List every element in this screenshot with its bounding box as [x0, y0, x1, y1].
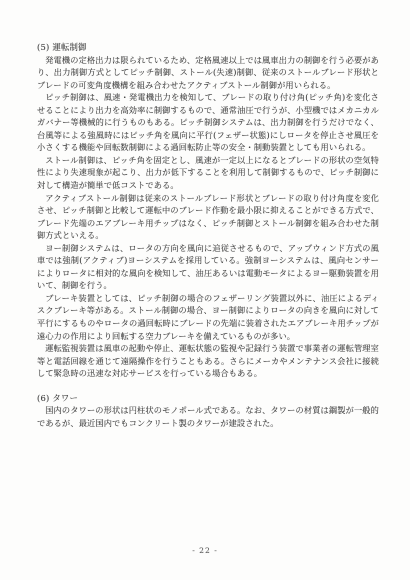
page-content: (5) 運転制御 発電機の定格出力は限られているため、定格風速以上では風車出力の…	[37, 41, 379, 429]
paragraph-brake-system: ブレーキ装置としては、ピッチ制御の場合のフェザーリング装置以外に、油圧によるディ…	[37, 292, 379, 342]
paragraph-stall-control: ストール制御は、ピッチ角を固定とし、風速が一定以上になるとブレードの形状の空気特…	[37, 154, 379, 192]
section-body: 国内のタワーの形状は円柱状のモノポール式である。なお、タワーの材質は鋼製が一般的…	[37, 404, 379, 429]
page-number: - 22 -	[0, 546, 410, 555]
section-tower: (6) タワー 国内のタワーの形状は円柱状のモノポール式である。なお、タワーの材…	[37, 392, 379, 430]
paragraph-active-stall-control: アクティブストール制御は従来のストールブレード形状とブレードの取り付け角度を変化…	[37, 192, 379, 242]
paragraph-yaw-control: ヨー制御システムは、ロータの方向を風向に追従させるもので、アップウィンド方式の風…	[37, 242, 379, 292]
paragraph-tower-shape: 国内のタワーの形状は円柱状のモノポール式である。なお、タワーの材質は鋼製が一般的…	[37, 404, 379, 429]
paragraph-rated-output: 発電機の定格出力は限られているため、定格風速以上では風車出力の制御を行う必要があ…	[37, 54, 379, 92]
section-operation-control: (5) 運転制御 発電機の定格出力は限られているため、定格風速以上では風車出力の…	[37, 41, 379, 380]
document-page: (5) 運転制御 発電機の定格出力は限られているため、定格風速以上では風車出力の…	[0, 0, 410, 580]
section-heading-tower: (6) タワー	[37, 392, 379, 405]
paragraph-monitoring-system: 運転監視装置は風車の起動や停止、運転状態の監視や記録行う装置で事業者の運転管理室…	[37, 342, 379, 380]
paragraph-pitch-control: ピッチ制御は、風速・発電機出力を検知して、ブレードの取り付け角(ピッチ角)を変化…	[37, 91, 379, 154]
section-heading-operation-control: (5) 運転制御	[37, 41, 379, 54]
section-body: 発電機の定格出力は限られているため、定格風速以上では風車出力の制御を行う必要があ…	[37, 54, 379, 380]
